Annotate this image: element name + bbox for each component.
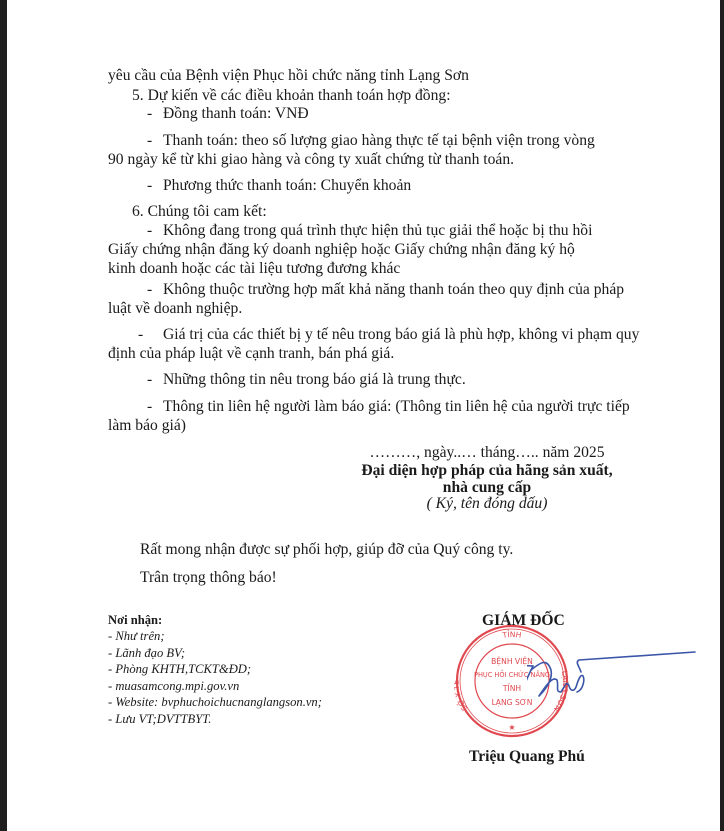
body-line: định của pháp luật về cạnh tranh, bán ph… bbox=[108, 345, 394, 363]
bullet-dash: - bbox=[147, 398, 152, 416]
closing-greeting: Trân trọng thông báo! bbox=[140, 569, 277, 587]
body-line: kinh doanh hoặc các tài liệu tương đương… bbox=[108, 260, 400, 278]
representative-title: Đại diện hợp pháp của hãng sản xuất, bbox=[337, 462, 637, 480]
bullet-dash: - bbox=[147, 105, 152, 123]
svg-text:TỈNH: TỈNH bbox=[501, 630, 522, 640]
sign-note: ( Ký, tên đóng dấu) bbox=[337, 495, 637, 513]
recipient-item: - Website: bvphuchoichucnanglangson.vn; bbox=[108, 694, 322, 710]
recipient-item: - Lưu VT;DVTTBYT. bbox=[108, 711, 211, 727]
payment-currency: Đồng thanh toán: VNĐ bbox=[163, 105, 309, 123]
bullet-dash: - bbox=[147, 281, 152, 299]
recipients-heading: Nơi nhận: bbox=[108, 612, 162, 628]
recipient-item: - muasamcong.mpi.gov.vn bbox=[108, 678, 239, 694]
commitment-item: Không thuộc trường hợp mất khả năng than… bbox=[163, 281, 624, 299]
recipient-item: - Lãnh đạo BV; bbox=[108, 645, 185, 661]
bullet-dash: - bbox=[147, 177, 152, 195]
svg-text:SỞ Y TẾ: SỞ Y TẾ bbox=[454, 680, 469, 713]
bullet-dash: - bbox=[147, 132, 152, 150]
recipient-item: - Như trên; bbox=[108, 628, 165, 644]
body-line: yêu cầu của Bệnh viện Phục hồi chức năng… bbox=[108, 67, 469, 85]
commitment-item: Những thông tin nêu trong báo giá là tru… bbox=[163, 371, 466, 389]
date-line: ………, ngày..… tháng….. năm 2025 bbox=[337, 444, 637, 462]
commitment-item: Thông tin liên hệ người làm báo giá: (Th… bbox=[163, 398, 630, 416]
recipient-item: - Phòng KHTH,TCKT&ĐD; bbox=[108, 661, 251, 677]
bullet-dash: - bbox=[147, 371, 152, 389]
body-line: Giấy chứng nhận đăng ký doanh nghiệp hoặ… bbox=[108, 241, 575, 259]
signer-name: Triệu Quang Phú bbox=[469, 748, 585, 766]
section-5-heading: 5. Dự kiến về các điều khoản thanh toán … bbox=[132, 87, 451, 105]
handwritten-signature bbox=[527, 640, 697, 720]
bullet-dash: - bbox=[147, 222, 152, 240]
document-page: yêu cầu của Bệnh viện Phục hồi chức năng… bbox=[7, 0, 720, 831]
payment-terms: Thanh toán: theo số lượng giao hàng thực… bbox=[163, 132, 595, 150]
commitment-item: Giá trị của các thiết bị y tế nêu trong … bbox=[163, 326, 639, 344]
commitment-item: Không đang trong quá trình thực hiện thủ… bbox=[163, 222, 592, 240]
section-6-heading: 6. Chúng tôi cam kết: bbox=[132, 203, 267, 221]
body-line: luật về doanh nghiệp. bbox=[108, 300, 242, 318]
bullet-dash: - bbox=[138, 326, 143, 344]
body-line: làm báo giá) bbox=[108, 417, 186, 435]
payment-method: Phương thức thanh toán: Chuyển khoản bbox=[163, 177, 411, 195]
svg-text:★: ★ bbox=[508, 723, 515, 732]
svg-text:TỈNH: TỈNH bbox=[502, 684, 521, 693]
closing-line: Rất mong nhận được sự phối hợp, giúp đỡ … bbox=[140, 541, 513, 559]
body-line: 90 ngày kể từ khi giao hàng và công ty x… bbox=[108, 151, 514, 169]
